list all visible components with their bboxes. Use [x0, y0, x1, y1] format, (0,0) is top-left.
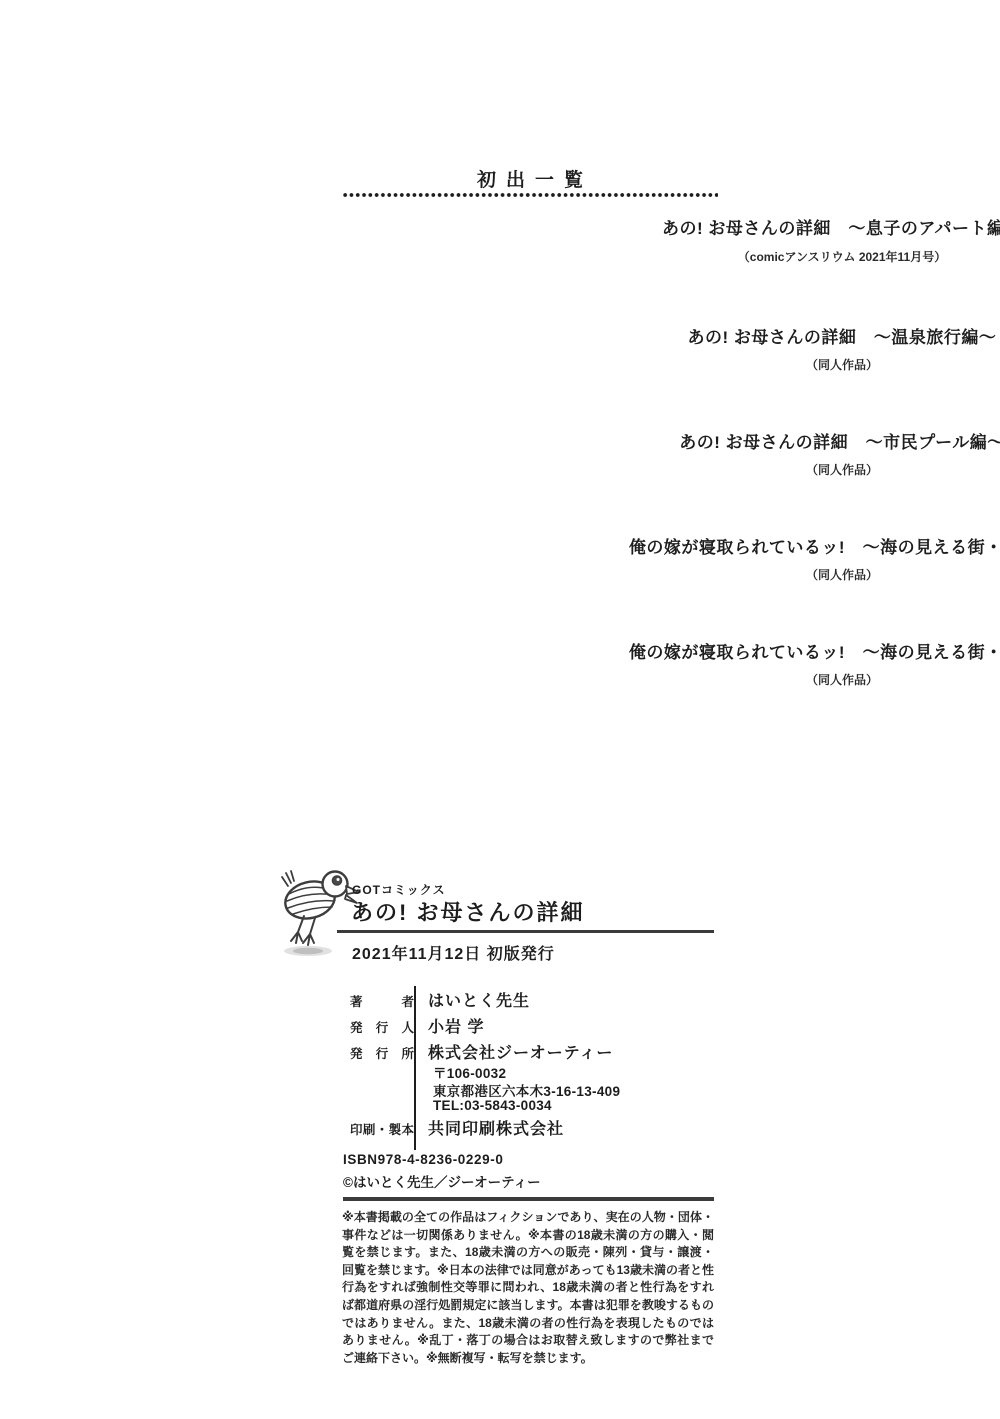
list-entry-source: （同人作品）: [342, 566, 1000, 583]
dotted-divider: [342, 192, 718, 198]
credit-value-publisher-person: 小岩 学: [428, 1014, 484, 1037]
list-entry-title: 俺の嫁が寝取られているッ! 〜海の見える街・後編〜: [342, 638, 1000, 663]
list-heading: 初出一覧: [342, 165, 718, 192]
publisher-address: 東京都港区六本木3-16-13-409: [433, 1080, 620, 1100]
credit-label-printer: 印刷・製本: [350, 1120, 414, 1138]
list-entry-title: あの! お母さんの詳細 〜温泉旅行編〜: [342, 323, 1000, 348]
list-entry-source: （同人作品）: [342, 356, 1000, 373]
publisher-postal-code: 〒106-0032: [433, 1062, 506, 1082]
credit-label-publisher-person: 発行人: [350, 1018, 414, 1036]
title-rule: [337, 930, 714, 933]
credit-value-publisher: 株式会社ジーオーティー: [428, 1040, 613, 1063]
disclaimer-rule: [343, 1197, 714, 1201]
credit-value-printer: 共同印刷株式会社: [428, 1116, 564, 1139]
credits-vertical-rule: [414, 986, 416, 1150]
copyright-line: ©はいとく先生／ジーオーティー: [343, 1171, 541, 1191]
colophon-page: 初出一覧 あの! お母さんの詳細 〜息子のアパート編〜 （comicアンスリウム…: [0, 0, 1000, 1419]
list-entry-source: （同人作品）: [342, 461, 1000, 478]
credit-label-publisher: 発行所: [350, 1044, 414, 1062]
credit-value-author: はいとく先生: [428, 988, 530, 1011]
disclaimer-text: ※本書掲載の全ての作品はフィクションであり、実在の人物・団体・事件などは一切関係…: [342, 1209, 714, 1367]
edition-date: 2021年11月12日 初版発行: [352, 941, 555, 964]
bird-doodle-icon: [280, 864, 360, 958]
list-entry-title: 俺の嫁が寝取られているッ! 〜海の見える街・前編〜: [342, 533, 1000, 558]
isbn: ISBN978-4-8236-0229-0: [343, 1152, 503, 1167]
list-entry-source: （同人作品）: [342, 671, 1000, 688]
list-entry-title: あの! お母さんの詳細 〜息子のアパート編〜: [342, 214, 1000, 239]
publisher-phone: TEL:03-5843-0034: [433, 1098, 552, 1113]
list-entry-title: あの! お母さんの詳細 〜市民プール編〜: [342, 428, 1000, 453]
book-title: あの! お母さんの詳細: [351, 896, 584, 927]
credit-label-author: 著者: [350, 992, 414, 1010]
list-entry-source: （comicアンスリウム 2021年11月号）: [342, 248, 1000, 265]
